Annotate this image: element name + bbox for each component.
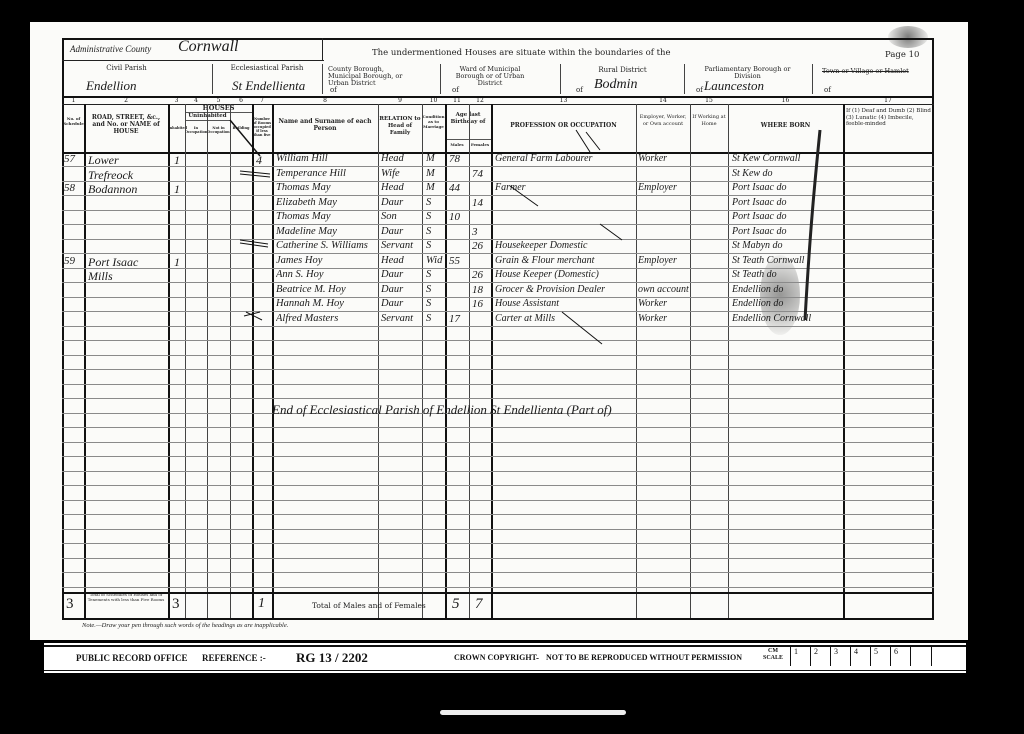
total-schedules-label: Total of Schedules of Houses and of Tene… [86, 592, 166, 602]
crown-copyright: CROWN COPYRIGHT [454, 653, 537, 662]
scale-tick-4: 4 [850, 647, 870, 666]
total-males: 5 [452, 596, 460, 613]
total-schedules: 3 [66, 596, 74, 613]
reference-value: RG 13 / 2202 [296, 650, 368, 666]
end-of-parish-note: End of Ecclesiastical Parish of Endellio… [272, 402, 612, 418]
scale-tick-5: 5 [870, 647, 890, 666]
scale-tick-2: 2 [810, 647, 830, 666]
scale-label: CM SCALE [760, 648, 786, 662]
totals-rule [62, 592, 934, 594]
scale-tick-end [910, 647, 932, 666]
reference-label: REFERENCE :- [202, 653, 266, 663]
home-indicator[interactable] [440, 710, 626, 715]
scale-tick-6: 6 [890, 647, 910, 666]
total-inhabited: 3 [172, 596, 180, 613]
permission-notice: NOT TO BE REPRODUCED WITHOUT PERMISSION [546, 653, 742, 662]
males-females-label: Total of Males and of Females [312, 601, 426, 610]
scale-tick-3: 3 [830, 647, 850, 666]
footnote: Note.—Draw your pen through such words o… [82, 622, 288, 629]
total-rooms: 1 [258, 596, 265, 612]
scale-tick-1: 1 [790, 647, 810, 666]
copyright-separator: - [536, 653, 539, 663]
archive-footer: PUBLIC RECORD OFFICE REFERENCE :- RG 13 … [44, 643, 966, 673]
total-females: 7 [475, 596, 483, 613]
public-record-office: PUBLIC RECORD OFFICE [76, 653, 188, 663]
